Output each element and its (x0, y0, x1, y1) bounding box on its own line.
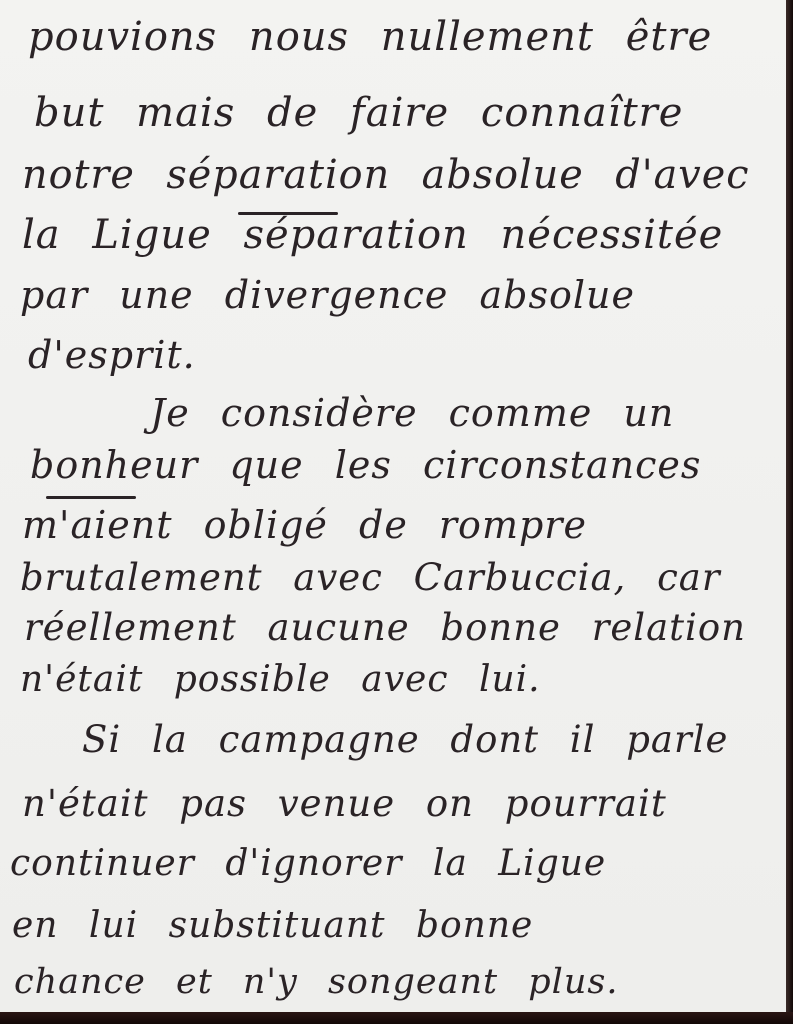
manuscript-page: pouvions nous nullement être but mais de… (0, 0, 786, 1012)
text-line: en lui substituant bonne (12, 905, 533, 946)
text-line: but mais de faire connaître (34, 90, 683, 136)
text-line: par une divergence absolue (20, 273, 635, 317)
text-line: Si la campagne dont il parle (82, 718, 728, 761)
underline-bonheur (46, 496, 136, 499)
text-line: d'esprit. (28, 333, 196, 377)
text-line: brutalement avec Carbuccia, car (20, 556, 721, 599)
text-line: la Ligue séparation nécessitée (22, 212, 723, 258)
dark-background-strip (0, 1012, 793, 1024)
text-line: Je considère comme un (150, 391, 674, 435)
page-edge-shadow (786, 0, 793, 1024)
underline-absolue (238, 212, 338, 215)
text-line: n'était pas venue on pourrait (22, 782, 667, 825)
text-line: m'aient obligé de rompre (22, 503, 587, 547)
text-line: chance et n'y songeant plus. (14, 962, 618, 1002)
text-line: réellement aucune bonne relation (24, 606, 746, 649)
text-line: n'était possible avec lui. (20, 659, 541, 700)
text-line: bonheur que les circonstances (30, 443, 701, 487)
text-line: continuer d'ignorer la Ligue (10, 843, 606, 884)
text-line: pouvions nous nullement être (28, 14, 712, 60)
text-line: notre séparation absolue d'avec (22, 152, 749, 198)
